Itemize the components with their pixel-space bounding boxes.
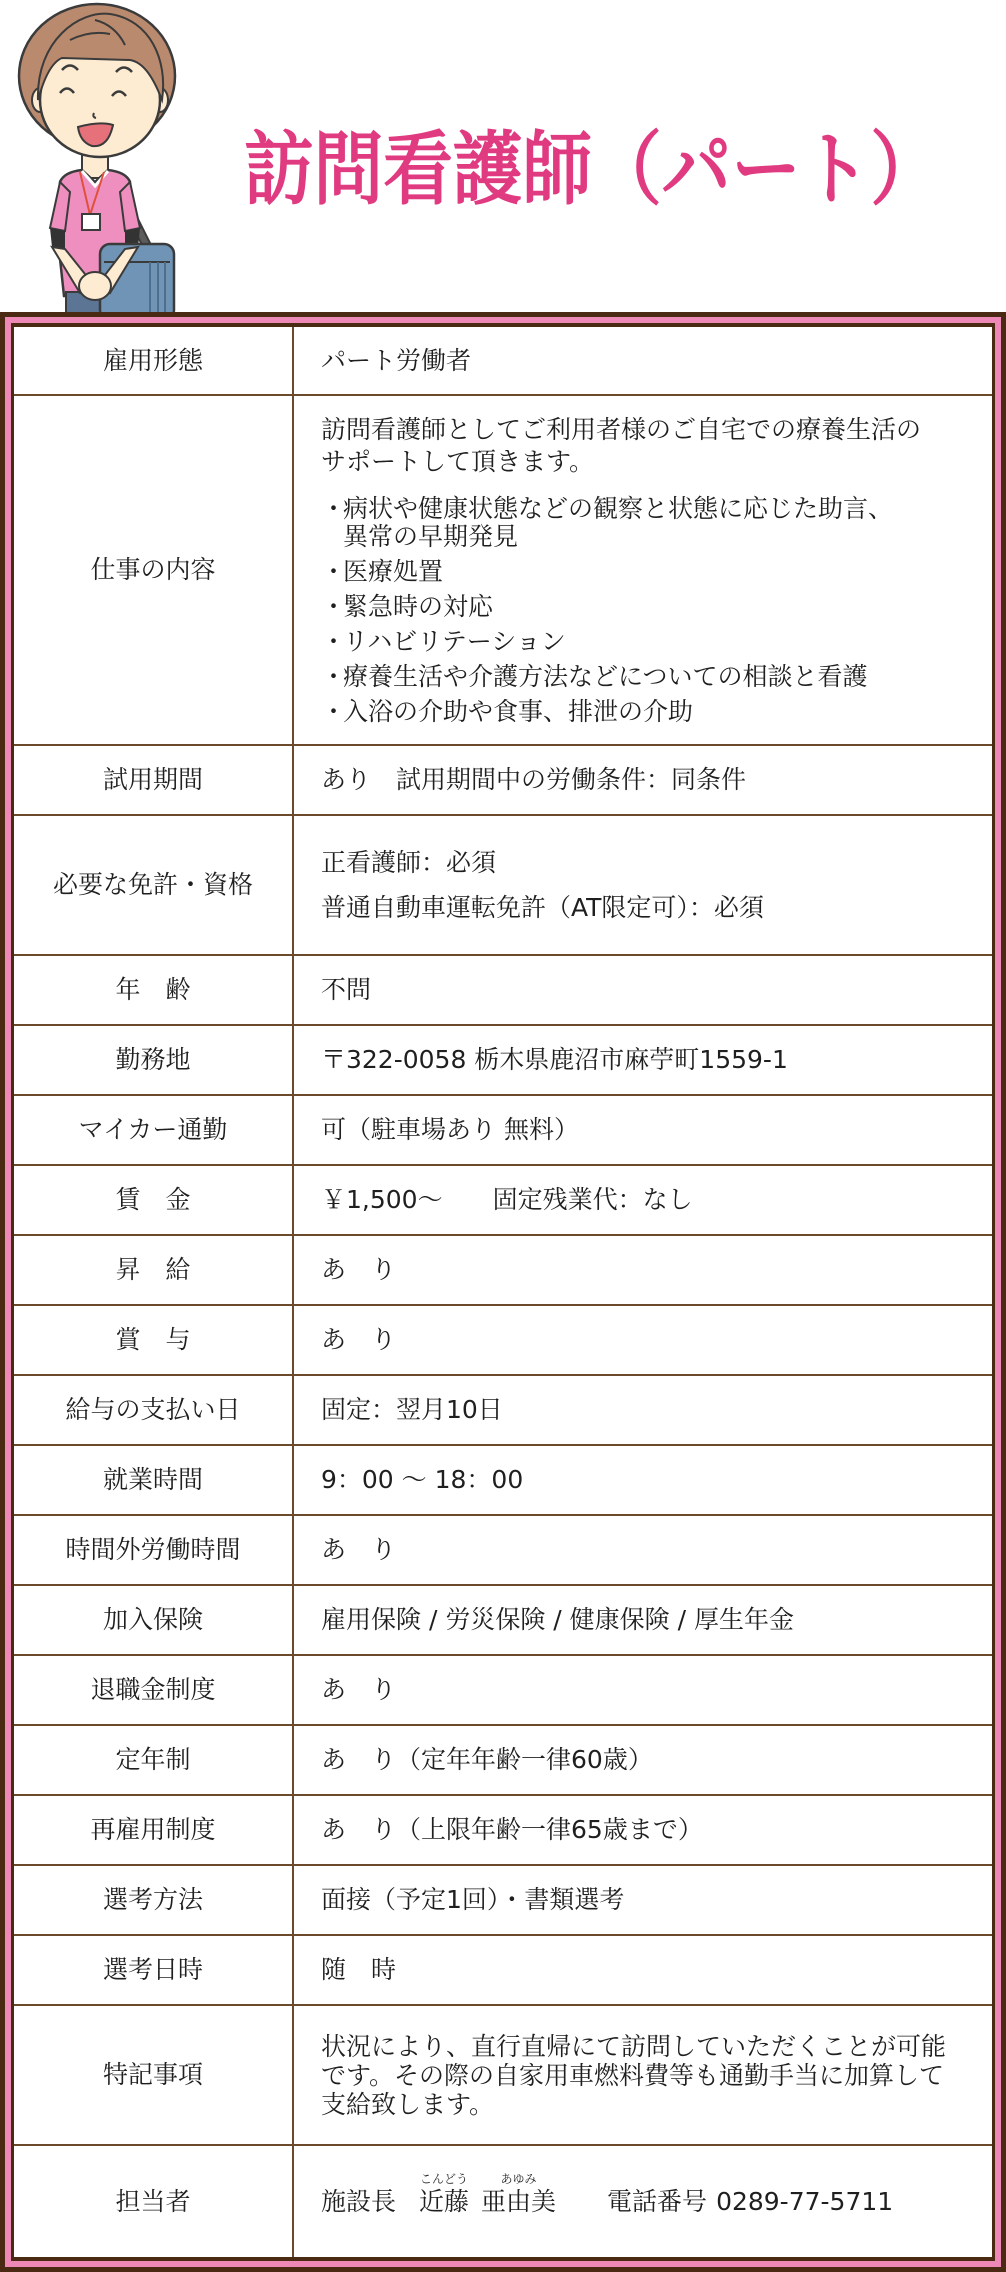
row-value: あ り <box>294 1306 992 1374</box>
frame-pink-band: 雇用形態 パート労働者 仕事の内容 訪問看護師としてご利用者様のご自宅での療養生… <box>5 317 1001 2267</box>
value-text: パート労働者 <box>321 346 992 376</box>
row-value: 雇用保険 / 労災保険 / 健康保険 / 厚生年金 <box>294 1586 992 1654</box>
given-name-text: 亜由美 <box>481 2187 556 2216</box>
note-line: 状況により、直行直帰にて訪問していただくことが可能 <box>321 2032 992 2061</box>
duty-item: ・ リハビリテーション <box>321 628 992 656</box>
given-name-ruby: あゆみ <box>471 2173 566 2185</box>
row-label: 再雇用制度 <box>14 1796 294 1864</box>
note-line: 支給致します。 <box>321 2090 992 2119</box>
bullet-icon: ・ <box>321 628 343 656</box>
intro-line: 訪問看護師としてご利用者様のご自宅での療養生活の <box>321 414 992 446</box>
value-text: 固定：翌月10日 <box>321 1395 992 1425</box>
row-label: 就業時間 <box>14 1446 294 1514</box>
row-value: ￥1,500～ 固定残業代：なし <box>294 1166 992 1234</box>
row-label: 試用期間 <box>14 746 294 814</box>
page-title: 訪問看護師（パート） <box>244 128 940 212</box>
duty-item: ・ 病状や健康状態などの観察と状態に応じた助言、 異常の早期発見 <box>321 495 992 551</box>
row-wage: 賃 金 ￥1,500～ 固定残業代：なし <box>14 1166 992 1236</box>
row-label: 給与の支払い日 <box>14 1376 294 1444</box>
phone-label: 電話番号 <box>607 2187 707 2216</box>
frame-inner-border: 雇用形態 パート労働者 仕事の内容 訪問看護師としてご利用者様のご自宅での療養生… <box>11 323 995 2261</box>
intro-line: サポートして頂きます。 <box>321 446 992 478</box>
bullet-icon: ・ <box>321 593 343 621</box>
row-age: 年 齢 不問 <box>14 956 992 1026</box>
row-label: 仕事の内容 <box>14 396 294 744</box>
license-line: 普通自動車運転免許（AT限定可）：必須 <box>321 885 992 930</box>
row-employment-type: 雇用形態 パート労働者 <box>14 327 992 396</box>
value-text: 雇用保険 / 労災保険 / 健康保険 / 厚生年金 <box>321 1605 992 1635</box>
row-raise: 昇 給 あ り <box>14 1236 992 1306</box>
row-value: あ り（上限年齢一律65歳まで） <box>294 1796 992 1864</box>
row-value: 9：00 ～ 18：00 <box>294 1446 992 1514</box>
row-selection-date: 選考日時 随 時 <box>14 1936 992 2006</box>
hours-text: 9：00 ～ 18：00 <box>321 1465 992 1495</box>
row-bonus: 賞 与 あ り <box>14 1306 992 1376</box>
value-text: あ り（定年年齢一律60歳） <box>321 1745 992 1775</box>
bullet-icon: ・ <box>321 495 343 551</box>
value-text: 面接（予定1回）・書類選考 <box>321 1885 992 1915</box>
job-details-table: 雇用形態 パート労働者 仕事の内容 訪問看護師としてご利用者様のご自宅での療養生… <box>14 327 992 2257</box>
row-value: 〒322-0058 栃木県鹿沼市麻苧町1559-1 <box>294 1026 992 1094</box>
row-label: 昇 給 <box>14 1236 294 1304</box>
row-label: 担当者 <box>14 2146 294 2257</box>
duty-item: ・ 療養生活や介護方法などについての相談と看護 <box>321 663 992 691</box>
row-value: あ り（定年年齢一律60歳） <box>294 1726 992 1794</box>
duty-text: 緊急時の対応 <box>343 593 493 621</box>
row-required-licenses: 必要な免許・資格 正看護師：必須 普通自動車運転免許（AT限定可）：必須 <box>14 816 992 956</box>
row-reemployment: 再雇用制度 あ り（上限年齢一律65歳まで） <box>14 1796 992 1866</box>
row-workplace: 勤務地 〒322-0058 栃木県鹿沼市麻苧町1559-1 <box>14 1026 992 1096</box>
row-label: 必要な免許・資格 <box>14 816 294 954</box>
row-label: 雇用形態 <box>14 327 294 394</box>
row-label: マイカー通勤 <box>14 1096 294 1164</box>
value-text: あ り <box>321 1535 992 1565</box>
row-label: 特記事項 <box>14 2006 294 2144</box>
row-value: あ り <box>294 1236 992 1304</box>
row-label: 加入保険 <box>14 1586 294 1654</box>
row-label: 時間外労働時間 <box>14 1516 294 1584</box>
row-insurance: 加入保険 雇用保険 / 労災保険 / 健康保険 / 厚生年金 <box>14 1586 992 1656</box>
contact-title: 施設長 <box>321 2187 396 2216</box>
duty-item: ・ 入浴の介助や食事、排泄の介助 <box>321 698 992 726</box>
bullet-icon: ・ <box>321 698 343 726</box>
surname-ruby: こんどう <box>409 2173 479 2185</box>
row-value: 面接（予定1回）・書類選考 <box>294 1866 992 1934</box>
row-value: 可（駐車場あり 無料） <box>294 1096 992 1164</box>
row-label: 賃 金 <box>14 1166 294 1234</box>
row-value: 固定：翌月10日 <box>294 1376 992 1444</box>
row-value: 不問 <box>294 956 992 1024</box>
row-retirement-age: 定年制 あ り（定年年齢一律60歳） <box>14 1726 992 1796</box>
wage-text: ￥1,500～ 固定残業代：なし <box>321 1185 992 1215</box>
value-text: あり 試用期間中の労働条件：同条件 <box>321 765 992 795</box>
row-value: パート労働者 <box>294 327 992 394</box>
value-text: 可（駐車場あり 無料） <box>321 1115 992 1145</box>
value-text: 不問 <box>321 975 992 1005</box>
row-contact-person: 担当者 施設長こんどう近藤あゆみ亜由美電話番号0289-77-5711 <box>14 2146 992 2257</box>
row-label: 退職金制度 <box>14 1656 294 1724</box>
row-label: 選考日時 <box>14 1936 294 2004</box>
bullet-icon: ・ <box>321 663 343 691</box>
row-label: 年 齢 <box>14 956 294 1024</box>
row-overtime: 時間外労働時間 あ り <box>14 1516 992 1586</box>
license-line: 正看護師：必須 <box>321 840 992 885</box>
duty-text: 異常の早期発見 <box>343 523 893 551</box>
row-car-commute: マイカー通勤 可（駐車場あり 無料） <box>14 1096 992 1166</box>
row-trial-period: 試用期間 あり 試用期間中の労働条件：同条件 <box>14 746 992 816</box>
row-value: 正看護師：必須 普通自動車運転免許（AT限定可）：必須 <box>294 816 992 954</box>
row-label: 賞 与 <box>14 1306 294 1374</box>
row-value: 施設長こんどう近藤あゆみ亜由美電話番号0289-77-5711 <box>294 2146 992 2257</box>
job-posting-page: 訪問看護師（パート） 雇用形態 パート労働者 仕事の内容 訪問看護師としてご利用… <box>0 0 1006 2272</box>
row-value: 状況により、直行直帰にて訪問していただくことが可能 です。その際の自家用車燃料費… <box>294 2006 992 2144</box>
row-value: あり 試用期間中の労働条件：同条件 <box>294 746 992 814</box>
row-special-notes: 特記事項 状況により、直行直帰にて訪問していただくことが可能 です。その際の自家… <box>14 2006 992 2146</box>
bullet-icon: ・ <box>321 558 343 586</box>
row-payday: 給与の支払い日 固定：翌月10日 <box>14 1376 992 1446</box>
row-working-hours: 就業時間 9：00 ～ 18：00 <box>14 1446 992 1516</box>
duty-text: 療養生活や介護方法などについての相談と看護 <box>343 663 868 691</box>
row-value: 随 時 <box>294 1936 992 2004</box>
value-text: 随 時 <box>321 1955 992 1985</box>
contact-surname: こんどう近藤 <box>419 2187 469 2217</box>
contact-line: 施設長こんどう近藤あゆみ亜由美電話番号0289-77-5711 <box>321 2187 992 2217</box>
value-text: あ り <box>321 1255 992 1285</box>
row-label: 選考方法 <box>14 1866 294 1934</box>
note-line: です。その際の自家用車燃料費等も通勤手当に加算して <box>321 2061 992 2090</box>
duty-text: 入浴の介助や食事、排泄の介助 <box>343 698 693 726</box>
duty-text: 医療処置 <box>343 558 443 586</box>
row-label: 定年制 <box>14 1726 294 1794</box>
row-value: あ り <box>294 1516 992 1584</box>
value-text: あ り <box>321 1675 992 1705</box>
phone-number: 0289-77-5711 <box>716 2187 893 2216</box>
duty-item: ・ 緊急時の対応 <box>321 593 992 621</box>
row-retirement-allowance: 退職金制度 あ り <box>14 1656 992 1726</box>
value-text: あ り <box>321 1325 992 1355</box>
duty-text: リハビリテーション <box>343 628 566 656</box>
table-frame: 雇用形態 パート労働者 仕事の内容 訪問看護師としてご利用者様のご自宅での療養生… <box>0 312 1006 2272</box>
row-label: 勤務地 <box>14 1026 294 1094</box>
row-value: 訪問看護師としてご利用者様のご自宅での療養生活の サポートして頂きます。 ・ 病… <box>294 396 992 744</box>
address-text: 〒322-0058 栃木県鹿沼市麻苧町1559-1 <box>321 1045 992 1075</box>
row-job-description: 仕事の内容 訪問看護師としてご利用者様のご自宅での療養生活の サポートして頂きま… <box>14 396 992 746</box>
duty-item: ・ 医療処置 <box>321 558 992 586</box>
surname-text: 近藤 <box>419 2187 469 2216</box>
nurse-illustration <box>0 0 200 320</box>
row-value: あ り <box>294 1656 992 1724</box>
duty-text: 病状や健康状態などの観察と状態に応じた助言、 <box>343 495 893 523</box>
job-intro: 訪問看護師としてご利用者様のご自宅での療養生活の サポートして頂きます。 <box>321 414 992 478</box>
contact-given-name: あゆみ亜由美 <box>481 2187 556 2217</box>
row-selection-method: 選考方法 面接（予定1回）・書類選考 <box>14 1866 992 1936</box>
value-text: あ り（上限年齢一律65歳まで） <box>321 1815 992 1845</box>
